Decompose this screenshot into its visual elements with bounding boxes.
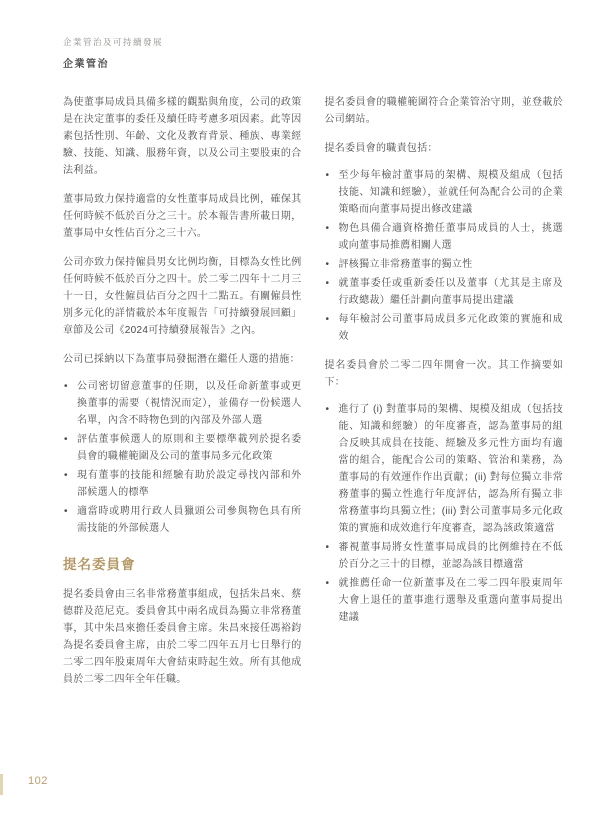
two-column-layout: 為使董事局成員具備多樣的觀點與角度，公司的政策是在決定董事的委任及續任時考慮多項… — [63, 94, 563, 700]
list-item: 每年檢討公司董事局成員多元化政策的實施和成效 — [325, 311, 564, 345]
list-item: 就推薦任命一位新董事及在二零二四年股東周年大會上退任的董事進行選舉及重選向董事局… — [325, 575, 564, 626]
paragraph-employee-gender-ratio: 公司亦致力保持僱員男女比例均衡，目標為女性比例任何時候不低於百分之四十。於二零二… — [63, 254, 302, 339]
list-item: 評核獨立非常務董事的獨立性 — [325, 256, 564, 273]
page-title: 企業管治 — [63, 55, 163, 70]
paragraph-committee-composition: 提名委員會由三名非常務董事組成，包括朱昌來、蔡德群及范尼克。委員會其中兩名成員為… — [63, 586, 302, 688]
list-item: 適當時或聘用行政人員獵頭公司參與物色具有所需技能的外部候選人 — [63, 503, 302, 537]
paragraph-work-summary-intro: 提名委員會於二零二四年開會一次。其工作摘要如下： — [325, 357, 564, 391]
page-header: 企業管治及可持續發展 企業管治 — [63, 36, 163, 70]
document-page: 企業管治及可持續發展 企業管治 為使董事局成員具備多樣的觀點與角度，公司的政策是… — [0, 0, 600, 814]
list-item: 物色具備合適資格擔任董事局成員的人士，挑選或向董事局推薦相關人選 — [325, 220, 564, 254]
duties-bullet-list: 至少每年檢討董事局的架構、規模及組成（包括技能、知識和經驗），並就任何為配合公司… — [325, 167, 564, 345]
left-column: 為使董事局成員具備多樣的觀點與角度，公司的政策是在決定董事的委任及續任時考慮多項… — [63, 94, 302, 700]
paragraph-duties-intro: 提名委員會的職責包括： — [325, 140, 564, 157]
paragraph-diversity-policy: 為使董事局成員具備多樣的觀點與角度，公司的政策是在決定董事的委任及續任時考慮多項… — [63, 94, 302, 179]
section-heading-nomination-committee: 提名委員會 — [63, 553, 302, 573]
page-number: 102 — [28, 775, 48, 787]
list-item: 公司密切留意董事的任期，以及任命新董事或更換董事的需要（視情況而定），並備存一份… — [63, 378, 302, 429]
breadcrumb: 企業管治及可持續發展 — [63, 36, 163, 48]
right-column: 提名委員會的職權範圍符合企業管治守則，並登載於公司網站。 提名委員會的職責包括：… — [325, 94, 564, 700]
work-summary-bullet-list: 進行了 (i) 對董事局的架構、規模及組成（包括技能、知識和經驗）的年度審查，認… — [325, 401, 564, 626]
paragraph-terms-of-reference: 提名委員會的職權範圍符合企業管治守則，並登載於公司網站。 — [325, 94, 564, 128]
measures-bullet-list: 公司密切留意董事的任期，以及任命新董事或更換董事的需要（視情況而定），並備存一份… — [63, 378, 302, 537]
list-item: 審視董事局將女性董事局成員的比例維持在不低於百分之三十的目標，並認為該目標適當 — [325, 539, 564, 573]
accent-bar — [0, 774, 3, 795]
list-item: 至少每年檢討董事局的架構、規模及組成（包括技能、知識和經驗），並就任何為配合公司… — [325, 167, 564, 218]
paragraph-measures-intro: 公司已採納以下為董事局發掘潛在繼任人選的措施： — [63, 351, 302, 368]
list-item: 就董事委任或重新委任以及董事（尤其是主席及行政總裁）繼任計劃向董事局提出建議 — [325, 275, 564, 309]
list-item: 現有董事的技能和經驗有助於設定尋找內部和外部候選人的標準 — [63, 467, 302, 501]
list-item: 進行了 (i) 對董事局的架構、規模及組成（包括技能、知識和經驗）的年度審查，認… — [325, 401, 564, 537]
paragraph-board-gender-ratio: 董事局致力保持適當的女性董事局成員比例，確保其任何時候不低於百分之三十。於本報告… — [63, 191, 302, 242]
list-item: 評估董事候選人的原則和主要標準載列於提名委員會的職權範圍及公司的董事局多元化政策 — [63, 431, 302, 465]
